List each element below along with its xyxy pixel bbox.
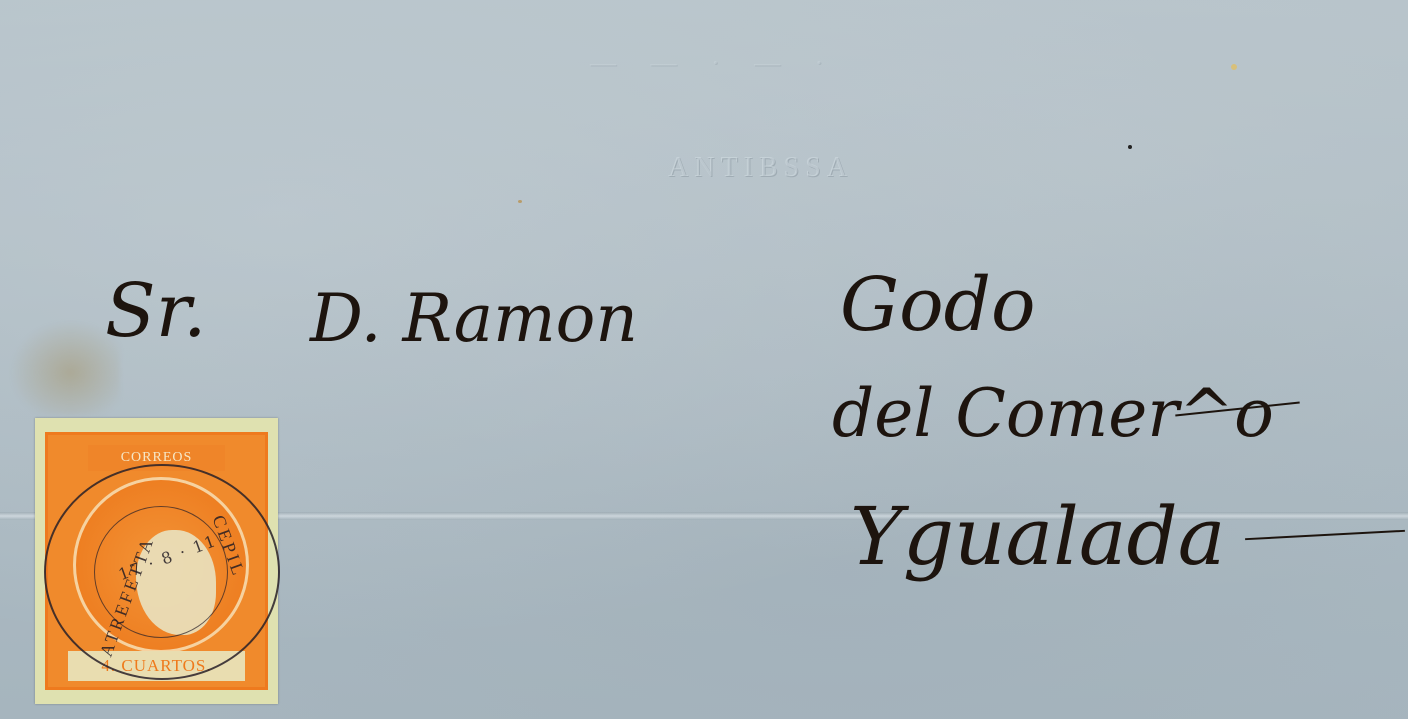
handwriting-salutation: Sr. [105,268,206,354]
handwriting-city: Ygualada [850,490,1225,583]
paper-spot [518,200,522,203]
handwriting-surname: Godo [840,262,1036,348]
handwriting-name: D. Ramon [310,280,638,357]
embossed-header-top: — — · — · [590,48,837,78]
paper-spot [1231,64,1237,70]
postmark-circle: ATREFETTA CEPIL 17 · 8 · 11 [44,464,280,680]
ink-dot [1128,145,1132,149]
handwriting-line2: del Comer^o [832,375,1274,452]
embossed-header-text: ANTIBSSA [668,152,853,184]
foxing-stain [10,320,120,415]
